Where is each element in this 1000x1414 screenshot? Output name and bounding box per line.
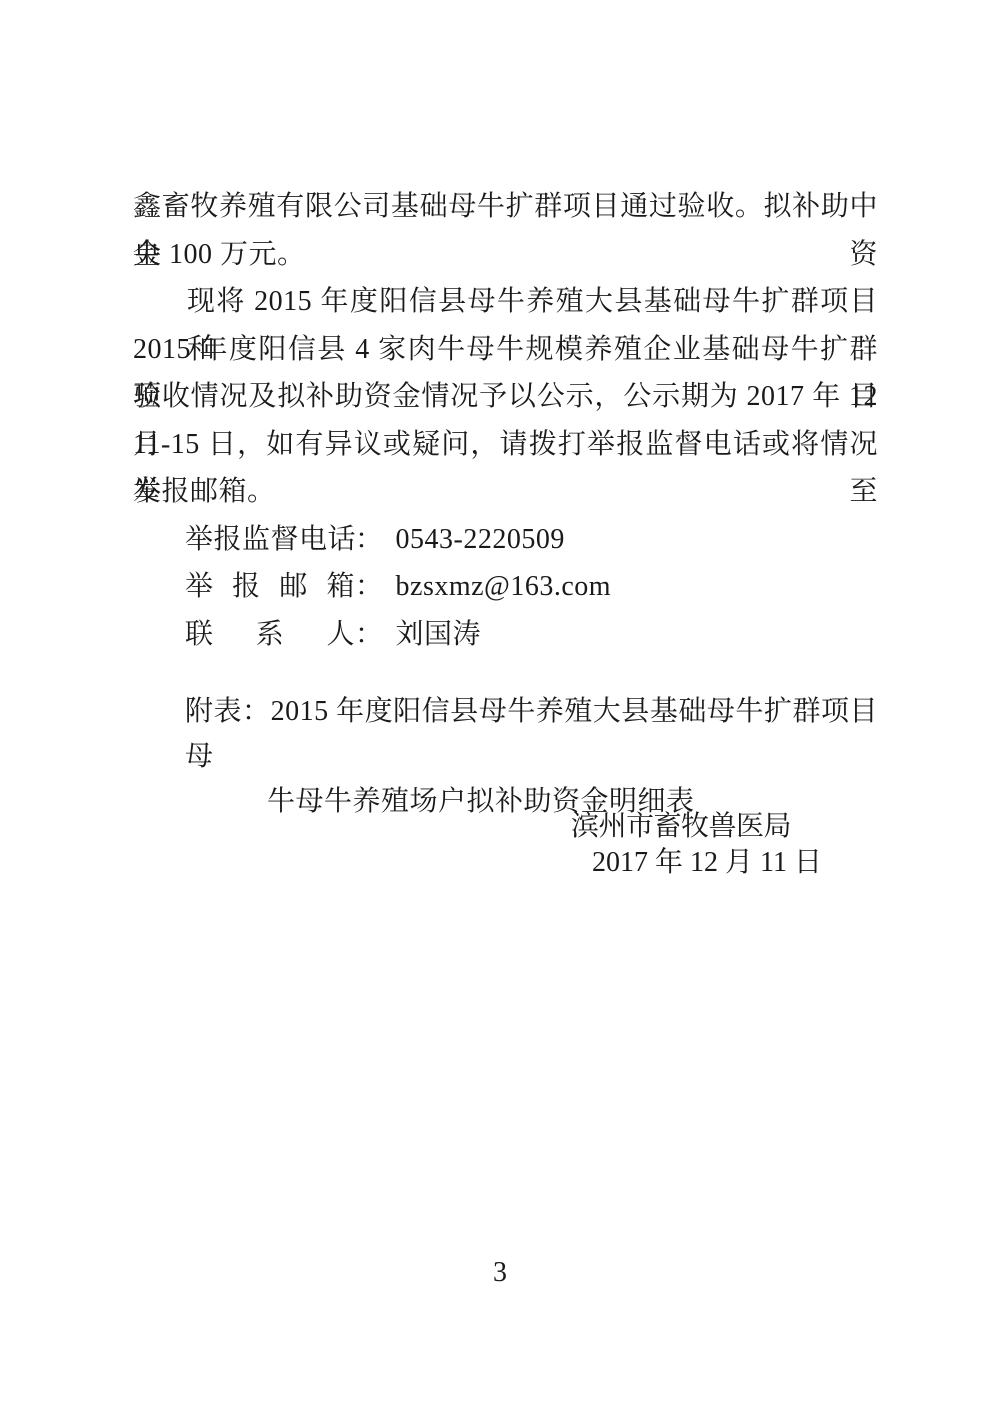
contact-separator: ： <box>355 516 384 564</box>
body-line: 鑫畜牧养殖有限公司基础母牛扩群项目通过验收。拟补助中央资 <box>133 183 878 231</box>
attachment-line: 附表：2015 年度阳信县母牛养殖大县基础母牛扩群项目母 <box>185 689 878 779</box>
body-line: 2015 年度阳信县 4 家肉牛母牛规模养殖企业基础母牛扩群项目 <box>133 326 878 374</box>
signature-organization: 滨州市畜牧兽医局 <box>571 809 791 845</box>
contact-email-value: bzsxmz@163.com <box>396 571 612 602</box>
contact-phone-value: 0543-2220509 <box>396 524 565 555</box>
contact-person-value: 刘国涛 <box>396 619 482 650</box>
contact-separator: ： <box>355 563 384 611</box>
contact-separator: ： <box>355 611 384 659</box>
signature-date: 2017 年 12 月 11 日 <box>592 845 822 881</box>
contact-line-phone: 举报监督电话：0543-2220509 <box>133 516 878 564</box>
contact-label: 举报邮箱 <box>185 563 355 611</box>
body-line: 11-15 日，如有异议或疑问，请拨打举报监督电话或将情况发至 <box>133 421 878 469</box>
document-page: 鑫畜牧养殖有限公司基础母牛扩群项目通过验收。拟补助中央资 金 100 万元。 现… <box>0 0 1000 1414</box>
page-number: 3 <box>0 1256 1000 1290</box>
contact-line-email: 举报邮箱：bzsxmz@163.com <box>133 563 878 611</box>
contact-label: 举报监督电话 <box>185 516 355 564</box>
contact-label: 联系人 <box>185 611 355 659</box>
body-line: 验收情况及拟补助资金情况予以公示，公示期为 2017 年 12 月 <box>133 373 878 421</box>
contact-line-person: 联系人：刘国涛 <box>133 611 878 659</box>
body-line: 现将 2015 年度阳信县母牛养殖大县基础母牛扩群项目和 <box>133 278 878 326</box>
document-body: 鑫畜牧养殖有限公司基础母牛扩群项目通过验收。拟补助中央资 金 100 万元。 现… <box>133 183 878 658</box>
attachment-note: 附表：2015 年度阳信县母牛养殖大县基础母牛扩群项目母 牛母牛养殖场户拟补助资… <box>133 689 878 824</box>
